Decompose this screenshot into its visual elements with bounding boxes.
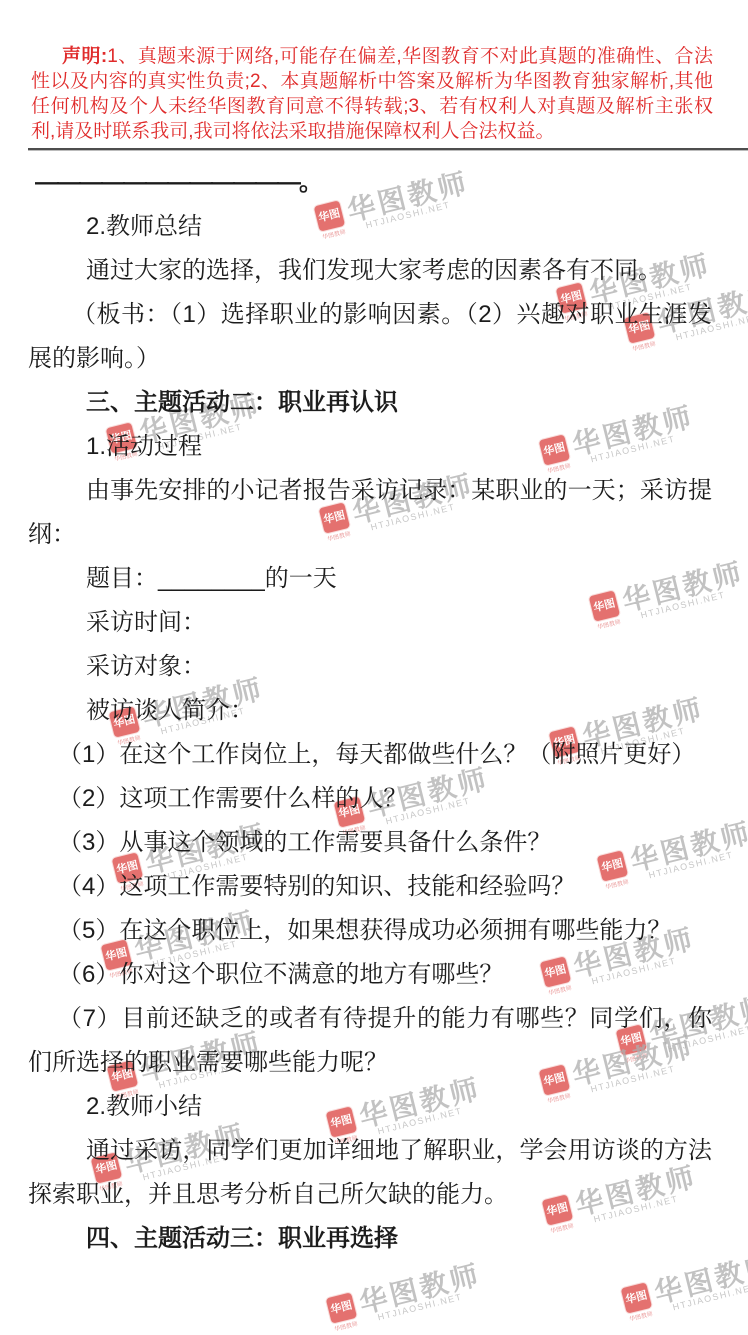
watermark: 华图华图教师华图教师HTJIAOSHI.NET [621,1251,748,1324]
paragraph: 通过采访，同学们更加详细地了解职业，学会用访谈的方法探索职业，并且思考分析自己所… [28,1129,712,1217]
dash-fill-line: ————————————。 [28,161,712,205]
disclaimer-text: 声明:1、真题来源于网络,可能存在偏差,华图教育不对此真题的准确性、合法性以及内… [31,44,713,144]
document-body: ————————————。 2.教师总结 通过大家的选择，我们发现大家考虑的因素… [28,161,712,1261]
watermark-subtext: HTJIAOSHI.NET [377,1287,486,1322]
watermark-text: 华图教师 [357,1261,484,1318]
heading-activity-2: 三、主题活动二：职业再认识 [28,381,712,425]
list-item-1: （1）在这个工作岗位上，每天都做些什么？（附照片更好） [28,733,712,777]
paragraph: 通过大家的选择，我们发现大家考虑的因素各有不同。 [28,249,712,293]
huatu-logo-caption: 华图教师 [333,1319,358,1334]
disclaimer-label: 声明: [62,46,107,67]
list-item-3: （3）从事这个领域的工作需要具备什么条件？ [28,821,712,865]
list-item-5: （5）在这个职位上，如果想获得成功必须拥有哪些能力？ [28,909,712,953]
document-page: 声明:1、真题来源于网络,可能存在偏差,华图教育不对此真题的准确性、合法性以及内… [0,44,748,1261]
list-item-7: （7）目前还缺乏的或者有待提升的能力有哪些？同学们，你们所选择的职业需要哪些能力… [28,997,712,1085]
paragraph-process-title: 1.活动过程 [28,425,712,469]
paragraph-teacher-summary-title: 2.教师总结 [28,205,712,249]
huatu-logo-icon: 华图 [621,1282,653,1314]
huatu-logo-icon: 华图 [326,1292,358,1324]
disclaimer-body: 1、真题来源于网络,可能存在偏差,华图教育不对此真题的准确性、合法性以及内容的真… [31,46,713,142]
paragraph-interview-time: 采访时间： [28,601,712,645]
horizontal-divider [28,148,748,151]
paragraph-interviewee-intro: 被访谈人简介： [28,689,712,733]
huatu-logo-caption: 华图教师 [628,1309,653,1324]
list-item-6: （6）你对这个职位不满意的地方有哪些？ [28,953,712,997]
paragraph-interview-target: 采访对象： [28,645,712,689]
list-item-2: （2）这项工作需要什么样的人？ [28,777,712,821]
paragraph-topic-blank: 题目：________的一天 [28,557,712,601]
paragraph: 由事先安排的小记者报告采访记录：某职业的一天；采访提纲： [28,469,712,557]
paragraph-blackboard: （板书：（1）选择职业的影响因素。（2）兴趣对职业生涯发展的影响。） [28,293,712,381]
heading-activity-3: 四、主题活动三：职业再选择 [28,1217,712,1261]
list-item-4: （4）这项工作需要特别的知识、技能和经验吗？ [28,865,712,909]
paragraph-teacher-recap-title: 2.教师小结 [28,1085,712,1129]
watermark-subtext: HTJIAOSHI.NET [672,1277,748,1312]
watermark: 华图华图教师华图教师HTJIAOSHI.NET [326,1261,486,1334]
